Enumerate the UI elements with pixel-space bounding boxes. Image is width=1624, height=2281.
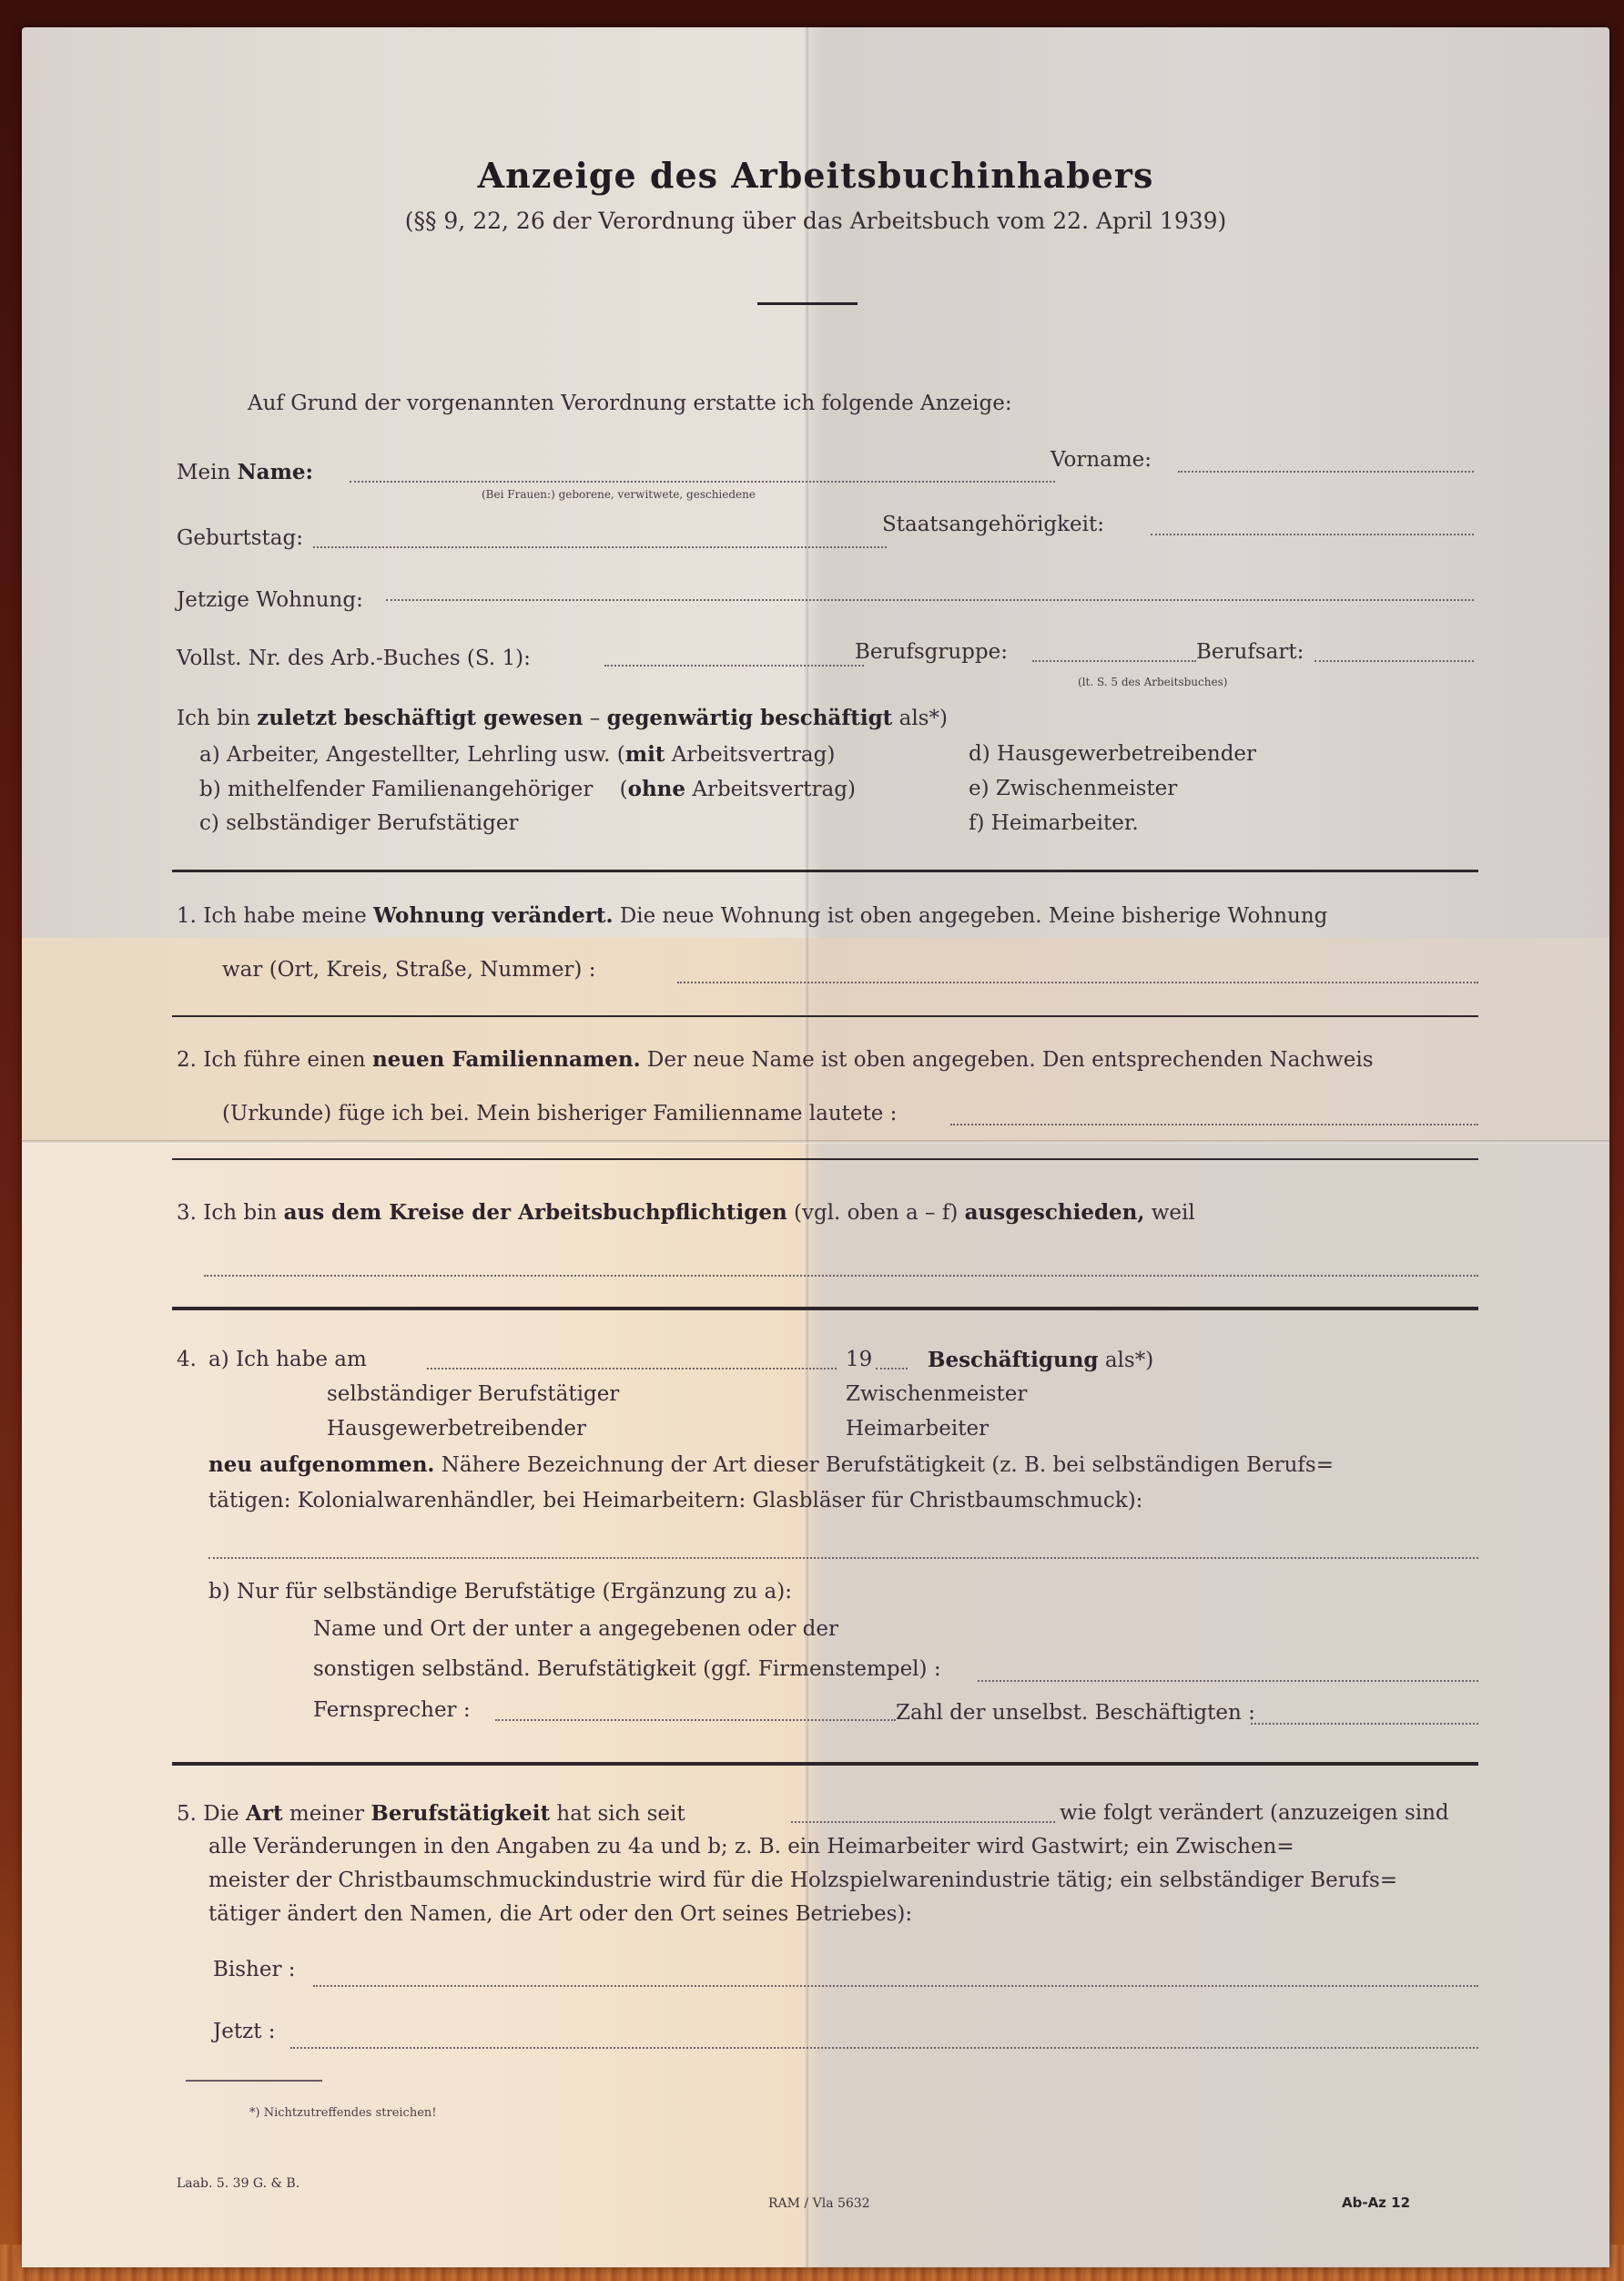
phone-field[interactable] (495, 1719, 896, 1721)
title-divider (757, 302, 858, 305)
option-d[interactable]: d) Hausgewerbetreibender (969, 742, 1256, 766)
option-zwischenmeister[interactable]: Zwischenmeister (846, 1382, 1027, 1406)
option-c[interactable]: c) selbständiger Berufstätiger (199, 811, 518, 835)
section4-desc-line1: neu aufgenommen. Nähere Bezeichnung der … (208, 1452, 1334, 1477)
option-selbstaendig[interactable]: selbständiger Berufstätiger (327, 1382, 619, 1406)
geburtstag-label: Geburtstag: (177, 526, 303, 550)
page-subtitle: (§§ 9, 22, 26 der Verordnung über das Ar… (22, 208, 1609, 234)
berufsgruppe-field[interactable] (1032, 660, 1196, 662)
section5-line1-tail: wie folgt verändert (anzuzeigen sind (1060, 1801, 1449, 1825)
zuletzt-option[interactable]: zuletzt beschäftigt gewesen (257, 706, 583, 730)
option-a[interactable]: a) Arbeiter, Angestellter, Lehrling usw.… (199, 742, 835, 767)
employment-lead: Ich bin zuletzt beschäftigt gewesen – ge… (177, 706, 948, 730)
firm-name-field[interactable] (978, 1680, 1478, 1682)
option-heimarbeiter[interactable]: Heimarbeiter (846, 1417, 989, 1441)
wohnung-label: Jetzige Wohnung: (177, 588, 363, 612)
bisher-field[interactable] (313, 1985, 1478, 1987)
section5-line1: 5. Die Art meiner Berufstätigkeit hat si… (177, 1801, 685, 1826)
zahl-label: Zahl der unselbst. Beschäftigten : (896, 1701, 1255, 1725)
staatsangehoerigkeit-field[interactable] (1151, 534, 1474, 535)
arbeitsbuch-nr-field[interactable] (604, 665, 864, 667)
berufsart-field[interactable] (1314, 660, 1474, 662)
occupation-description-field[interactable] (208, 1557, 1478, 1559)
section4b-line2: Name und Ort der unter a angegebenen ode… (313, 1617, 838, 1641)
vorname-label: Vorname: (1051, 448, 1152, 472)
section-divider (172, 1307, 1478, 1310)
footnote-rule (186, 2080, 322, 2082)
berufsart-label: Berufsart: (1196, 640, 1304, 664)
section3-line1: 3. Ich bin aus dem Kreise der Arbeitsbuc… (177, 1200, 1195, 1225)
section1-line1: 1. Ich habe meine Wohnung verändert. Die… (177, 903, 1327, 928)
fernsprecher-label: Fernsprecher : (313, 1698, 471, 1722)
name-field[interactable] (350, 481, 1055, 483)
gegenwaertig-option[interactable]: gegenwärtig beschäftigt (607, 706, 893, 730)
start-date-field[interactable] (427, 1368, 837, 1370)
section5-line4: tätiger ändert den Namen, die Art oder d… (208, 1902, 912, 1926)
name-label-group: Mein Name: (177, 460, 313, 484)
staatsangehoerigkeit-label: Staatsangehörigkeit: (882, 513, 1104, 536)
name-hint: (Bei Frauen:) geborene, verwitwete, gesc… (482, 488, 756, 501)
reason-field[interactable] (204, 1275, 1478, 1277)
option-hausgewerbe[interactable]: Hausgewerbetreibender (327, 1417, 586, 1441)
jetzt-field[interactable] (290, 2047, 1478, 2049)
section-divider (172, 1158, 1478, 1160)
footnote: *) Nichtzutreffendes streichen! (249, 2106, 437, 2120)
section5-line3: meister der Christbaumschmuckindustrie w… (208, 1869, 1397, 1892)
section5-line2: alle Veränderungen in den Angaben zu 4a … (208, 1835, 1294, 1858)
section-divider (172, 1015, 1478, 1017)
section4a-label: a) Ich habe am (208, 1348, 367, 1371)
page-title: Anzeige des Arbeitsbuchinhabers (22, 155, 1609, 196)
previous-surname-field[interactable] (950, 1124, 1478, 1125)
arbeitsbuch-nr-label: Vollst. Nr. des Arb.-Buches (S. 1): (177, 647, 531, 670)
form-sheet: Anzeige des Arbeitsbuchinhabers (§§ 9, 2… (22, 27, 1609, 2267)
section-divider (172, 1762, 1478, 1766)
berufsgruppe-label: Berufsgruppe: (855, 640, 1008, 664)
year-field[interactable] (876, 1368, 908, 1370)
wohnung-field[interactable] (386, 599, 1474, 601)
ministry-code: RAM / Vla 5632 (768, 2196, 870, 2211)
option-b[interactable]: b) mithelfender Familienangehöriger (ohn… (199, 777, 856, 801)
printer-mark: Laab. 5. 39 G. & B. (177, 2176, 299, 2191)
previous-address-field[interactable] (677, 982, 1478, 983)
name-label: Name: (238, 460, 313, 484)
section2-line1: 2. Ich führe einen neuen Familiennamen. … (177, 1047, 1374, 1072)
vorname-field[interactable] (1178, 471, 1474, 473)
geburtstag-field[interactable] (313, 546, 887, 548)
jetzt-label: Jetzt : (213, 2020, 276, 2043)
beschaeftigung-text: Beschäftigung als*) (928, 1348, 1153, 1372)
beruf-hint: (lt. S. 5 des Arbeitsbuches) (1078, 676, 1227, 688)
option-f[interactable]: f) Heimarbeiter. (969, 811, 1139, 835)
form-number: Ab-Az 12 (1342, 2194, 1410, 2211)
section-divider (172, 870, 1478, 872)
section1-label: war (Ort, Kreis, Straße, Nummer) : (222, 958, 595, 982)
intro-text: Auf Grund der vorgenannten Verordnung er… (248, 392, 1012, 415)
bisher-label: Bisher : (213, 1958, 296, 1981)
section4b-label: b) Nur für selbständige Berufstätige (Er… (208, 1580, 792, 1604)
year-prefix: 19 (846, 1348, 872, 1371)
name-prefix: Mein (177, 461, 238, 484)
section4-desc-line2: tätigen: Kolonialwarenhändler, bei Heima… (208, 1489, 1142, 1512)
section2-label: (Urkunde) füge ich bei. Mein bisheriger … (222, 1102, 897, 1125)
section4-num: 4. (177, 1348, 197, 1371)
employee-count-field[interactable] (1251, 1723, 1478, 1725)
option-e[interactable]: e) Zwischenmeister (969, 777, 1177, 800)
since-date-field[interactable] (791, 1821, 1055, 1823)
section4b-line3: sonstigen selbständ. Berufstätigkeit (gg… (313, 1657, 941, 1681)
